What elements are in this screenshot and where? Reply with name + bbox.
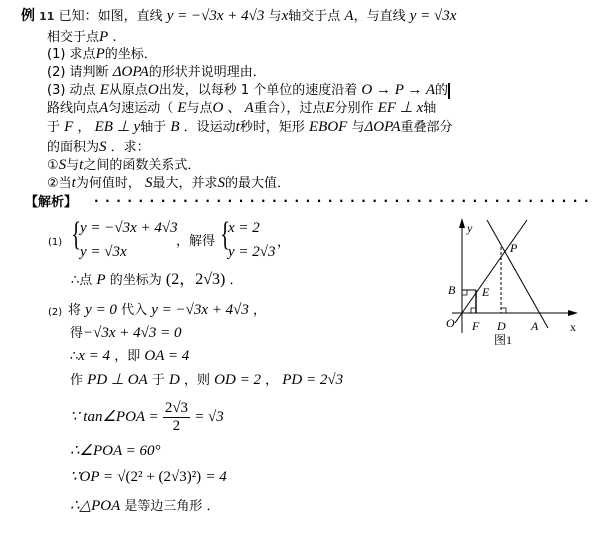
y-axis-arrow-icon <box>459 218 465 228</box>
x-axis-arrow-icon <box>568 310 578 316</box>
figure-caption: 图1 <box>494 333 512 347</box>
label-d: D <box>496 319 506 333</box>
label-e: E <box>481 285 490 299</box>
label-y: y <box>466 221 473 235</box>
right-angle-f <box>471 308 476 313</box>
label-a: A <box>530 319 539 333</box>
line-pa <box>487 220 548 328</box>
label-f: F <box>471 319 480 333</box>
label-x: x <box>570 320 576 334</box>
label-o: O <box>446 316 455 330</box>
label-b: B <box>448 283 456 297</box>
right-angle-d <box>501 308 506 313</box>
right-angle-b <box>462 290 467 295</box>
geometry-figure: y x O P B E F D A 图1 <box>0 0 593 539</box>
label-p: P <box>509 241 518 255</box>
